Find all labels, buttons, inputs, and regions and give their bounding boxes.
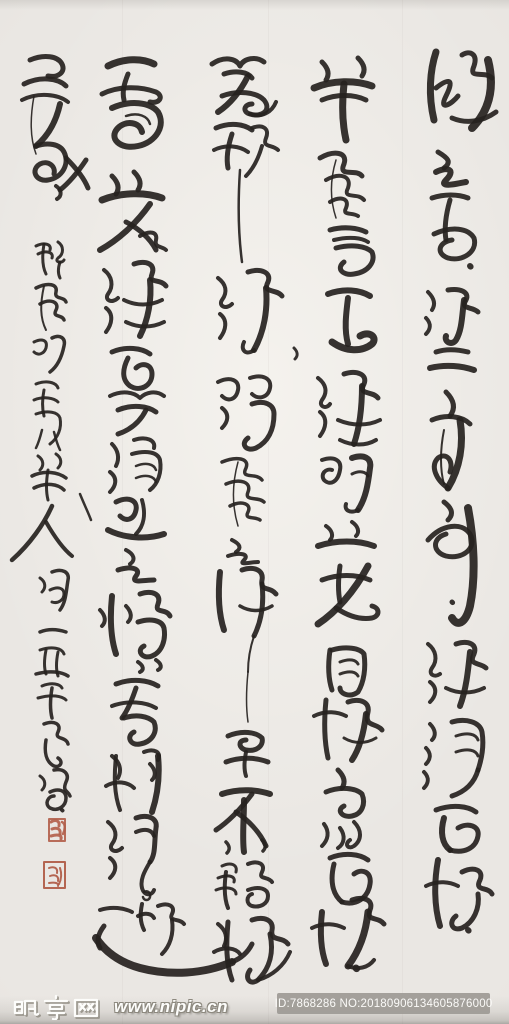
calligraphy-column-2 <box>312 58 384 969</box>
calligraphy-column-5-signature <box>12 57 91 811</box>
calligraphy-column-3 <box>212 59 297 983</box>
image-id-badge: ID:7868286 NO:20180906134605876000 <box>277 993 490 1014</box>
calligraphy-column-4 <box>96 60 252 973</box>
calligraphy-artwork <box>0 0 509 1024</box>
artist-seal-upper <box>49 819 65 841</box>
calligraphy-ink <box>12 52 496 982</box>
nipic-logo-icon <box>12 994 108 1020</box>
artist-seal-lower <box>44 862 65 888</box>
nipic-url-text: www.nipic.cn <box>114 997 228 1017</box>
stray-ink-mark <box>80 494 91 520</box>
page-root: { "artwork": { "description": "Vertical … <box>0 0 509 1024</box>
watermark-bar: www.nipic.cn ID:7868286 NO:2018090613460… <box>0 984 509 1024</box>
calligraphy-column-1 <box>424 52 496 931</box>
